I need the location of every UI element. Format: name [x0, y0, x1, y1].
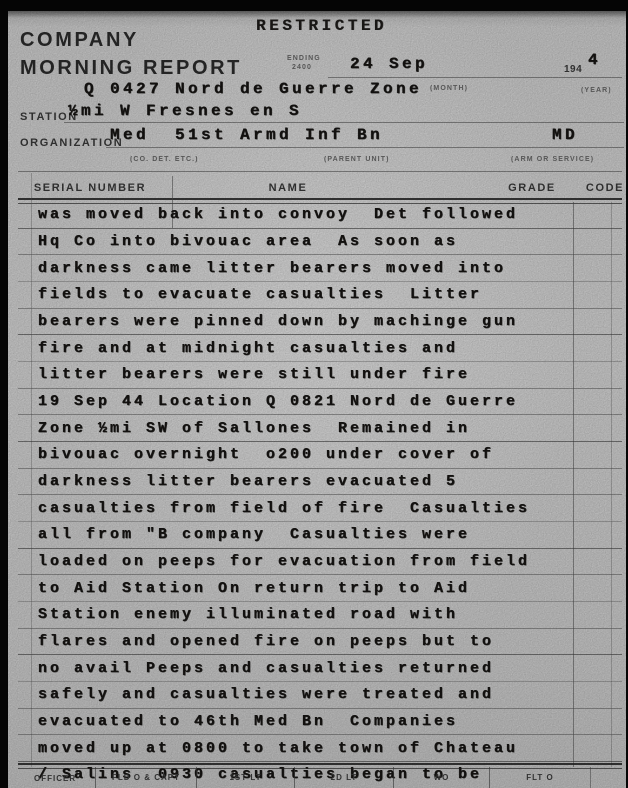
report-text-line: to Aid Station On return trip to Aid	[18, 581, 470, 596]
table-row: litter bearers were still under fire	[18, 362, 622, 389]
report-text-line: Hq Co into bivouac area As soon as	[18, 234, 458, 249]
grade-cell: 1ST LT	[196, 767, 294, 788]
ending-label: ENDING	[287, 55, 321, 62]
table-row: bivouac overnight o200 under cover of	[18, 442, 622, 469]
report-text-line: Zone ½mi SW of Sallones Remained in	[18, 421, 470, 436]
report-text-line: fields to evacuate casualties Litter	[18, 287, 482, 302]
report-date-value: 24 Sep	[350, 56, 428, 72]
column-header-grade: GRADE	[500, 183, 564, 194]
column-header-serial-number: SERIAL NUMBER	[30, 183, 150, 194]
station-rule-line	[64, 122, 624, 123]
report-text-line: Station enemy illuminated road with	[18, 607, 458, 622]
organization-value: Med 51st Armd Inf Bn	[110, 127, 383, 143]
table-top-rule	[18, 171, 622, 172]
table-row: all from "B company Casualties were	[18, 522, 622, 549]
table-row: loaded on peeps for evacuation from fiel…	[18, 549, 622, 576]
report-text-line: safely and casualties were treated and	[18, 687, 494, 702]
year-prefix-label: 194	[564, 65, 582, 75]
report-text-line: 19 Sep 44 Location Q 0821 Nord de Guerre	[18, 394, 518, 409]
co-det-etc-label: (CO. DET. ETC.)	[130, 156, 199, 163]
arm-or-service-label: (ARM OR SERVICE)	[511, 156, 594, 163]
report-text-line: moved up at 0800 to take town of Chateau	[18, 741, 518, 756]
table-row: bearers were pinned down by machinge gun	[18, 309, 622, 336]
form-title-morning-report: MORNING REPORT	[20, 58, 242, 78]
grade-cell-label: WO	[434, 774, 450, 782]
grade-cell-label: FLT O	[526, 774, 554, 782]
document-page: RESTRICTED COMPANY MORNING REPORT ENDING…	[8, 11, 626, 788]
organization-rule-line	[106, 147, 624, 148]
year-digit-value: 4	[588, 52, 601, 68]
grade-cells-row: FLD O & CAPT 1ST LT 2D LT WO FLT O	[95, 767, 591, 788]
table-row: moved up at 0800 to take town of Chateau	[18, 735, 622, 762]
table-row: fields to evacuate casualties Litter	[18, 282, 622, 309]
table-row: flares and opened fire on peeps but to	[18, 629, 622, 656]
form-title-company: COMPANY	[20, 30, 139, 50]
table-row: Station enemy illuminated road with	[18, 602, 622, 629]
grade-cell: 2D LT	[294, 767, 393, 788]
report-text-line: bearers were pinned down by machinge gun	[18, 314, 518, 329]
table-row: fire and at midnight casualties and	[18, 335, 622, 362]
officer-label: OFFICER	[34, 775, 76, 783]
date-rule-line	[328, 77, 622, 78]
report-body: was moved back into convoy Det followed …	[18, 202, 622, 767]
grade-cell-label: 2D LT	[331, 774, 358, 782]
location-value: Q 0427 Nord de Guerre Zone	[84, 81, 422, 97]
report-text-line: litter bearers were still under fire	[18, 367, 470, 382]
table-row: no avail Peeps and casualties returned	[18, 655, 622, 682]
report-text-line: loaded on peeps for evacuation from fiel…	[18, 554, 530, 569]
arm-service-value: MD	[552, 127, 578, 143]
table-row: to Aid Station On return trip to Aid	[18, 575, 622, 602]
table-row: 19 Sep 44 Location Q 0821 Nord de Guerre	[18, 389, 622, 416]
table-row: was moved back into convoy Det followed	[18, 202, 622, 229]
report-text-line: bivouac overnight o200 under cover of	[18, 447, 494, 462]
report-text-line: evacuated to 46th Med Bn Companies	[18, 714, 458, 729]
table-row: darkness came litter bearers moved into	[18, 255, 622, 282]
table-row: Zone ½mi SW of Sallones Remained in	[18, 415, 622, 442]
table-row: Hq Co into bivouac area As soon as	[18, 229, 622, 256]
table-row: safely and casualties were treated and	[18, 682, 622, 709]
parent-unit-label: (PARENT UNIT)	[324, 156, 390, 163]
table-row: evacuated to 46th Med Bn Companies	[18, 709, 622, 736]
station-value: ½mi W Fresnes en S	[68, 103, 302, 119]
report-text-line: darkness litter bearers evacuated 5	[18, 474, 458, 489]
report-text-line: was moved back into convoy Det followed	[18, 207, 518, 222]
month-label: (MONTH)	[430, 85, 468, 92]
restricted-stamp: RESTRICTED	[256, 18, 387, 34]
grade-cell: FLD O & CAPT	[95, 767, 196, 788]
grade-cell: FLT O	[489, 767, 591, 788]
report-text-line: fire and at midnight casualties and	[18, 341, 458, 356]
report-text-line: casualties from field of fire Casualties	[18, 501, 530, 516]
column-header-name: NAME	[208, 183, 368, 194]
report-text-line: darkness came litter bearers moved into	[18, 261, 506, 276]
report-text-line: flares and opened fire on peeps but to	[18, 634, 494, 649]
ending-time-label: 2400	[292, 64, 312, 71]
report-text-line: no avail Peeps and casualties returned	[18, 661, 494, 676]
column-header-code: CODE	[584, 183, 626, 194]
grade-cell: WO	[393, 767, 489, 788]
year-label: (YEAR)	[581, 87, 612, 94]
report-text-line: all from "B company Casualties were	[18, 527, 470, 542]
table-row: casualties from field of fire Casualties	[18, 495, 622, 522]
grade-cell-label: 1ST LT	[229, 774, 261, 782]
grade-cell-label: FLD O & CAPT	[112, 774, 180, 782]
scanned-morning-report: { "stamp": "RESTRICTED", "header": { "fo…	[0, 0, 628, 788]
table-row: darkness litter bearers evacuated 5	[18, 469, 622, 496]
